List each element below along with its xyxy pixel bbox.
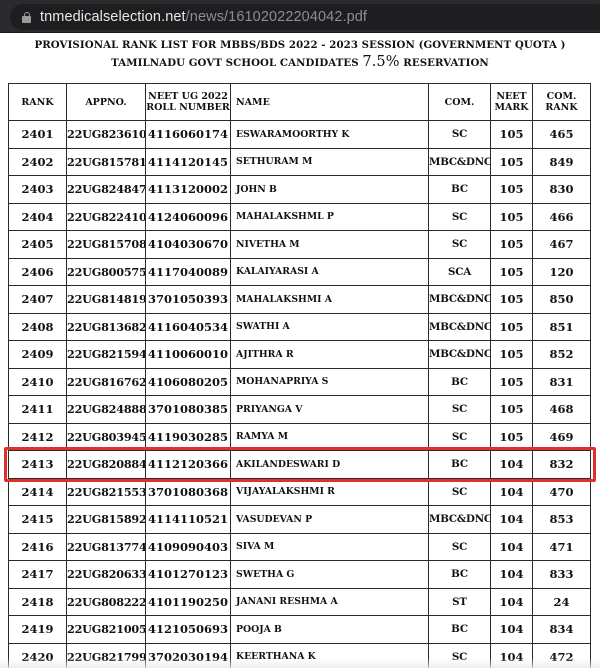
url-field[interactable]: tnmedicalselection.net/news/161020222040… xyxy=(10,4,600,30)
appno-cell: 22UG813774 xyxy=(67,533,146,561)
table-row: 240822UG8136824116040534SWATHI AMBC&DNC1… xyxy=(9,313,591,341)
name-cell: AKILANDESWARI D xyxy=(231,451,429,479)
community-rank-cell: 830 xyxy=(533,176,591,204)
neet-mark-cell: 105 xyxy=(491,341,533,369)
appno-cell: 22UG803945 xyxy=(67,423,146,451)
table-row: 242022UG8217993702030194KEERTHANA KSC104… xyxy=(9,643,591,668)
community-rank-cell: 466 xyxy=(533,203,591,231)
community-cell: MBC&DNC xyxy=(429,313,491,341)
community-cell: SC xyxy=(429,396,491,424)
community-rank-cell: 120 xyxy=(533,258,591,286)
roll-number-cell: 4116060174 xyxy=(146,121,231,149)
neet-mark-cell: 104 xyxy=(491,616,533,644)
appno-cell: 22UG820884 xyxy=(67,451,146,479)
appno-cell: 22UG815892 xyxy=(67,506,146,534)
community-cell: SC xyxy=(429,423,491,451)
community-rank-cell: 852 xyxy=(533,341,591,369)
name-cell: SWATHI A xyxy=(231,313,429,341)
rank-cell: 2414 xyxy=(9,478,67,506)
rank-cell: 2416 xyxy=(9,533,67,561)
rank-cell: 2418 xyxy=(9,588,67,616)
neet-mark-cell: 105 xyxy=(491,231,533,259)
roll-number-cell: 4101270123 xyxy=(146,561,231,589)
table-row: 240522UG8157084104030670NIVETHA MSC10546… xyxy=(9,231,591,259)
name-cell: KALAIYARASI A xyxy=(231,258,429,286)
table-row: 240222UG8157814114120145SETHURAM MMBC&DN… xyxy=(9,148,591,176)
url-path: /news/16102022204042.pdf xyxy=(186,9,367,25)
rank-list-table: RANK APPNO. NEET UG 2022 ROLL NUMBER NAM… xyxy=(8,83,591,668)
header-name: NAME xyxy=(231,84,429,121)
subtitle-prefix: TAMILNADU GOVT SCHOOL CANDIDATES xyxy=(111,57,362,69)
neet-mark-cell: 105 xyxy=(491,313,533,341)
community-cell: BC xyxy=(429,561,491,589)
browser-address-bar: tnmedicalselection.net/news/161020222040… xyxy=(0,0,600,33)
neet-mark-cell: 105 xyxy=(491,258,533,286)
rank-cell: 2402 xyxy=(9,148,67,176)
table-row: 240422UG8224104124060096MAHALAKSHML PSC1… xyxy=(9,203,591,231)
roll-number-cell: 3702030194 xyxy=(146,643,231,668)
rank-cell: 2419 xyxy=(9,616,67,644)
neet-mark-cell: 105 xyxy=(491,286,533,314)
community-cell: ST xyxy=(429,588,491,616)
community-cell: SC xyxy=(429,643,491,668)
document-title: PROVISIONAL RANK LIST FOR MBBS/BDS 2022 … xyxy=(0,39,600,51)
community-cell: MBC&DNC xyxy=(429,148,491,176)
community-rank-cell: 853 xyxy=(533,506,591,534)
community-cell: BC xyxy=(429,616,491,644)
roll-number-cell: 4114110521 xyxy=(146,506,231,534)
neet-mark-cell: 105 xyxy=(491,423,533,451)
community-rank-cell: 834 xyxy=(533,616,591,644)
header-appno: APPNO. xyxy=(67,84,146,121)
community-rank-cell: 851 xyxy=(533,313,591,341)
community-rank-cell: 470 xyxy=(533,478,591,506)
community-rank-cell: 832 xyxy=(533,451,591,479)
name-cell: NIVETHA M xyxy=(231,231,429,259)
neet-mark-cell: 105 xyxy=(491,368,533,396)
community-rank-cell: 831 xyxy=(533,368,591,396)
appno-cell: 22UG821553 xyxy=(67,478,146,506)
appno-cell: 22UG815781 xyxy=(67,148,146,176)
rank-cell: 2411 xyxy=(9,396,67,424)
table-row: 241022UG8167624106080205MOHANAPRIYA SBC1… xyxy=(9,368,591,396)
roll-number-cell: 4116040534 xyxy=(146,313,231,341)
name-cell: RAMYA M xyxy=(231,423,429,451)
rank-cell: 2405 xyxy=(9,231,67,259)
appno-cell: 22UG816762 xyxy=(67,368,146,396)
name-cell: PRIYANGA V xyxy=(231,396,429,424)
url-text[interactable]: tnmedicalselection.net/news/161020222040… xyxy=(40,9,367,25)
table-row: 241622UG8137744109090403SIVA MSC104471 xyxy=(9,533,591,561)
appno-cell: 22UG824847 xyxy=(67,176,146,204)
community-rank-cell: 472 xyxy=(533,643,591,668)
url-host: tnmedicalselection.net xyxy=(40,9,186,25)
roll-number-cell: 4113120002 xyxy=(146,176,231,204)
roll-number-cell: 3701080385 xyxy=(146,396,231,424)
community-cell: SC xyxy=(429,533,491,561)
rank-cell: 2408 xyxy=(9,313,67,341)
subtitle-suffix: RESERVATION xyxy=(400,57,489,69)
header-roll-number: NEET UG 2022 ROLL NUMBER xyxy=(146,84,231,121)
neet-mark-cell: 104 xyxy=(491,451,533,479)
rank-cell: 2407 xyxy=(9,286,67,314)
subtitle-percentage: 7.5% xyxy=(362,54,399,70)
name-cell: MAHALAKSHML P xyxy=(231,203,429,231)
header-rank: RANK xyxy=(9,84,67,121)
table-row: 241522UG8158924114110521VASUDEVAN PMBC&D… xyxy=(9,506,591,534)
header-community-rank: COM. RANK xyxy=(533,84,591,121)
rank-cell: 2412 xyxy=(9,423,67,451)
appno-cell: 22UG822410 xyxy=(67,203,146,231)
appno-cell: 22UG823610 xyxy=(67,121,146,149)
neet-mark-cell: 104 xyxy=(491,506,533,534)
name-cell: KEERTHANA K xyxy=(231,643,429,668)
rank-cell: 2406 xyxy=(9,258,67,286)
community-rank-cell: 849 xyxy=(533,148,591,176)
roll-number-cell: 4124060096 xyxy=(146,203,231,231)
appno-cell: 22UG813682 xyxy=(67,313,146,341)
neet-mark-cell: 105 xyxy=(491,148,533,176)
appno-cell: 22UG814819 xyxy=(67,286,146,314)
table-row: 240722UG8148193701050393MAHALAKSHMI AMBC… xyxy=(9,286,591,314)
community-cell: SC xyxy=(429,121,491,149)
community-rank-cell: 465 xyxy=(533,121,591,149)
community-cell: MBC&DNC xyxy=(429,506,491,534)
roll-number-cell: 4101190250 xyxy=(146,588,231,616)
table-row: 241422UG8215533701080368VIJAYALAKSHMI RS… xyxy=(9,478,591,506)
community-cell: MBC&DNC xyxy=(429,341,491,369)
name-cell: MAHALAKSHMI A xyxy=(231,286,429,314)
community-rank-cell: 467 xyxy=(533,231,591,259)
table-row: 240622UG8005754117040089KALAIYARASI ASCA… xyxy=(9,258,591,286)
table-row: 241822UG8082224101190250JANANI RESHMA AS… xyxy=(9,588,591,616)
roll-number-cell: 4104030670 xyxy=(146,231,231,259)
table-row: 241122UG8248883701080385PRIYANGA VSC1054… xyxy=(9,396,591,424)
name-cell: VIJAYALAKSHMI R xyxy=(231,478,429,506)
community-rank-cell: 850 xyxy=(533,286,591,314)
header-neet-mark: NEET MARK xyxy=(491,84,533,121)
header-community: COM. xyxy=(429,84,491,121)
appno-cell: 22UG820633 xyxy=(67,561,146,589)
name-cell: MOHANAPRIYA S xyxy=(231,368,429,396)
rank-cell: 2415 xyxy=(9,506,67,534)
roll-number-cell: 3701080368 xyxy=(146,478,231,506)
community-cell: BC xyxy=(429,451,491,479)
document-subtitle: TAMILNADU GOVT SCHOOL CANDIDATES 7.5% RE… xyxy=(0,54,600,70)
table-row: 240322UG8248474113120002JOHN BBC105830 xyxy=(9,176,591,204)
name-cell: SETHURAM M xyxy=(231,148,429,176)
rank-cell: 2413 xyxy=(9,451,67,479)
neet-mark-cell: 104 xyxy=(491,643,533,668)
neet-mark-cell: 105 xyxy=(491,203,533,231)
neet-mark-cell: 104 xyxy=(491,561,533,589)
roll-number-cell: 4121050693 xyxy=(146,616,231,644)
neet-mark-cell: 105 xyxy=(491,121,533,149)
appno-cell: 22UG824888 xyxy=(67,396,146,424)
community-cell: BC xyxy=(429,176,491,204)
table-header-row: RANK APPNO. NEET UG 2022 ROLL NUMBER NAM… xyxy=(9,84,591,121)
rank-cell: 2409 xyxy=(9,341,67,369)
neet-mark-cell: 104 xyxy=(491,478,533,506)
appno-cell: 22UG821799 xyxy=(67,643,146,668)
name-cell: AJITHRA R xyxy=(231,341,429,369)
roll-number-cell: 4109090403 xyxy=(146,533,231,561)
neet-mark-cell: 105 xyxy=(491,396,533,424)
appno-cell: 22UG815708 xyxy=(67,231,146,259)
name-cell: POOJA B xyxy=(231,616,429,644)
community-cell: SC xyxy=(429,478,491,506)
table-row: 241222UG8039454119030285RAMYA MSC105469 xyxy=(9,423,591,451)
rank-cell: 2410 xyxy=(9,368,67,396)
name-cell: VASUDEVAN P xyxy=(231,506,429,534)
rank-cell: 2417 xyxy=(9,561,67,589)
roll-number-cell: 4119030285 xyxy=(146,423,231,451)
name-cell: JANANI RESHMA A xyxy=(231,588,429,616)
name-cell: SWETHA G xyxy=(231,561,429,589)
appno-cell: 22UG800575 xyxy=(67,258,146,286)
lock-icon[interactable] xyxy=(22,12,31,23)
community-rank-cell: 833 xyxy=(533,561,591,589)
appno-cell: 22UG821594 xyxy=(67,341,146,369)
community-cell: BC xyxy=(429,368,491,396)
table-row: 241722UG8206334101270123SWETHA GBC104833 xyxy=(9,561,591,589)
table-row-highlighted: 241322UG8208844112120366AKILANDESWARI DB… xyxy=(9,451,591,479)
community-rank-cell: 469 xyxy=(533,423,591,451)
appno-cell: 22UG821005 xyxy=(67,616,146,644)
community-cell: SC xyxy=(429,231,491,259)
table-body: 240122UG8236104116060174ESWARAMOORTHY KS… xyxy=(9,121,591,668)
appno-cell: 22UG808222 xyxy=(67,588,146,616)
name-cell: ESWARAMOORTHY K xyxy=(231,121,429,149)
neet-mark-cell: 105 xyxy=(491,176,533,204)
rank-cell: 2404 xyxy=(9,203,67,231)
community-rank-cell: 24 xyxy=(533,588,591,616)
table-row: 240922UG8215944110060010AJITHRA RMBC&DNC… xyxy=(9,341,591,369)
table-row: 240122UG8236104116060174ESWARAMOORTHY KS… xyxy=(9,121,591,149)
rank-cell: 2401 xyxy=(9,121,67,149)
community-cell: SC xyxy=(429,203,491,231)
community-rank-cell: 471 xyxy=(533,533,591,561)
rank-cell: 2403 xyxy=(9,176,67,204)
roll-number-cell: 4110060010 xyxy=(146,341,231,369)
name-cell: JOHN B xyxy=(231,176,429,204)
community-cell: MBC&DNC xyxy=(429,286,491,314)
community-cell: SCA xyxy=(429,258,491,286)
name-cell: SIVA M xyxy=(231,533,429,561)
table-row: 241922UG8210054121050693POOJA BBC104834 xyxy=(9,616,591,644)
neet-mark-cell: 104 xyxy=(491,533,533,561)
community-rank-cell: 468 xyxy=(533,396,591,424)
rank-cell: 2420 xyxy=(9,643,67,668)
roll-number-cell: 4112120366 xyxy=(146,451,231,479)
roll-number-cell: 4117040089 xyxy=(146,258,231,286)
roll-number-cell: 4114120145 xyxy=(146,148,231,176)
roll-number-cell: 3701050393 xyxy=(146,286,231,314)
neet-mark-cell: 104 xyxy=(491,588,533,616)
roll-number-cell: 4106080205 xyxy=(146,368,231,396)
